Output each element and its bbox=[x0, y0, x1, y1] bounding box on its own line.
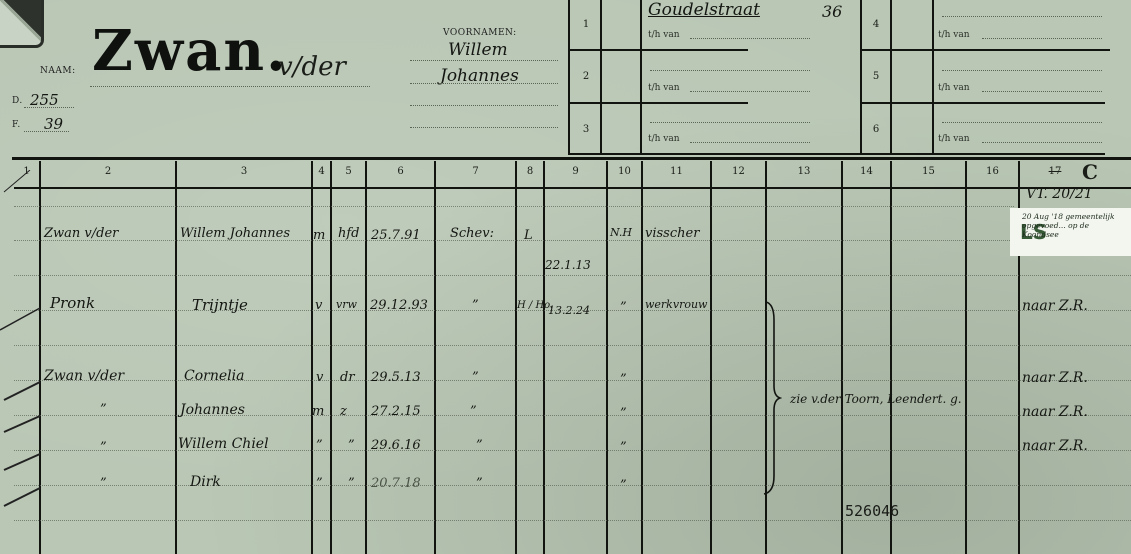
col-sep-10 bbox=[641, 161, 643, 554]
cell-relation: ” bbox=[348, 438, 355, 453]
cell-relation: ” bbox=[348, 476, 355, 491]
cell-birth-date: 29.5.13 bbox=[371, 370, 421, 385]
addr-tvh-6: t/h van bbox=[938, 134, 970, 144]
cell-sex: ” bbox=[316, 476, 323, 491]
colhead-12: 12 bbox=[712, 166, 765, 177]
cell-birth-place: ” bbox=[472, 298, 479, 313]
colhead-6: 6 bbox=[367, 166, 434, 177]
cell-birth-date: 27.2.15 bbox=[371, 404, 421, 419]
voornaam-line-1 bbox=[410, 60, 558, 61]
row-guide bbox=[14, 345, 1131, 346]
register-card: NAAM: Zwan. v/der D. 255 F. 39 VOORNAMEN… bbox=[0, 0, 1131, 554]
col-sep-13 bbox=[841, 161, 843, 554]
col-sep-4 bbox=[330, 161, 332, 554]
cell-sex: v bbox=[316, 370, 323, 385]
col17-mark: C bbox=[1082, 160, 1098, 184]
cell-given-names: Trijntje bbox=[192, 296, 248, 314]
colhead-9: 9 bbox=[545, 166, 606, 177]
addr-line bbox=[650, 70, 810, 71]
row-guide bbox=[14, 520, 1131, 521]
colhead-15: 15 bbox=[892, 166, 965, 177]
d-label: D. bbox=[12, 96, 23, 106]
col-sep-6 bbox=[434, 161, 436, 554]
cell-col9: 13.2.24 bbox=[548, 304, 590, 317]
cell-col9-upper: 22.1.13 bbox=[545, 258, 591, 272]
colhead-13: 13 bbox=[767, 166, 841, 177]
cell-given-names: Johannes bbox=[180, 402, 245, 418]
colhead-3: 3 bbox=[177, 166, 311, 177]
colhead-10: 10 bbox=[608, 166, 641, 177]
cell-occupation: visscher bbox=[645, 226, 699, 241]
cell-birth-date: 25.7.91 bbox=[371, 228, 421, 243]
cell-col17: naar Z.R. bbox=[1022, 298, 1088, 314]
col17-top-note: VT. 20/21 bbox=[1026, 186, 1093, 202]
cell-surname: ” bbox=[100, 476, 107, 491]
cell-birth-place: Schev: bbox=[450, 226, 494, 241]
addr-line bbox=[690, 91, 810, 92]
table-header-border bbox=[14, 187, 1131, 189]
cell-given-names: Cornelia bbox=[184, 368, 244, 384]
addr-divider-d bbox=[932, 0, 934, 155]
cell-birth-date: 29.12.93 bbox=[370, 298, 428, 313]
col-sep-11 bbox=[710, 161, 712, 554]
cell-relation: z bbox=[340, 404, 347, 419]
cell-col17: naar Z.R. bbox=[1022, 370, 1088, 386]
colhead-5: 5 bbox=[332, 166, 365, 177]
addr-num-1: 1 bbox=[578, 19, 594, 30]
addr-bottom-border-2 bbox=[860, 153, 1105, 155]
cell-sex: ” bbox=[316, 438, 323, 453]
col-sep-2 bbox=[175, 161, 177, 554]
cell-occupation: werkvrouw bbox=[645, 298, 707, 311]
margin-strike-marks bbox=[0, 170, 60, 510]
cell-given-names: Willem Chiel bbox=[178, 436, 269, 452]
voornaam-line-2 bbox=[410, 83, 558, 84]
cell-relation: dr bbox=[340, 370, 355, 385]
colhead-11: 11 bbox=[643, 166, 710, 177]
cell-sex: m bbox=[313, 228, 325, 243]
addr-line bbox=[982, 38, 1102, 39]
col-sep-14 bbox=[890, 161, 892, 554]
cell-birth-date: 20.7.18 bbox=[371, 476, 421, 491]
addr-divider-b bbox=[640, 0, 642, 155]
addr-row-sep-2 bbox=[568, 102, 748, 104]
col-sep-3 bbox=[311, 161, 313, 554]
addr-line bbox=[942, 122, 1102, 123]
surname: Zwan. bbox=[92, 18, 288, 84]
addr-line bbox=[650, 122, 810, 123]
cell-birth-place: ” bbox=[476, 438, 483, 453]
col-sep-7 bbox=[515, 161, 517, 554]
colhead-7: 7 bbox=[436, 166, 515, 177]
col-sep-5 bbox=[365, 161, 367, 554]
addr-tvh-2: t/h van bbox=[648, 83, 680, 93]
row-guide bbox=[14, 240, 1014, 241]
voornaam-1: Willem bbox=[448, 40, 508, 60]
voornamen-label: VOORNAMEN: bbox=[443, 28, 517, 38]
voornaam-line-4 bbox=[410, 127, 558, 128]
addr-line bbox=[942, 70, 1102, 71]
cell-sex: m bbox=[312, 404, 324, 419]
brace-note: zie v.der Toorn, Leendert. g. bbox=[790, 392, 962, 406]
cell-surname: ” bbox=[100, 402, 107, 417]
addr-line bbox=[982, 91, 1102, 92]
addr-num-2: 2 bbox=[578, 71, 594, 82]
cell-surname: ” bbox=[100, 440, 107, 455]
cell-relation: vrw bbox=[336, 298, 357, 311]
cell-birth-place: ” bbox=[472, 370, 479, 385]
naam-label: NAAM: bbox=[40, 66, 76, 76]
addr-divider-c bbox=[890, 0, 892, 155]
colhead-16: 16 bbox=[967, 166, 1018, 177]
cell-col17: naar Z.R. bbox=[1022, 438, 1088, 454]
cell-birth-date: 29.6.16 bbox=[371, 438, 421, 453]
cell-birth-place: ” bbox=[470, 404, 477, 419]
addr-tvh-1: t/h van bbox=[648, 30, 680, 40]
addr-line bbox=[690, 38, 810, 39]
col-sep-8 bbox=[543, 161, 545, 554]
voornaam-line-3 bbox=[410, 105, 558, 106]
addr-line bbox=[942, 16, 1102, 17]
cell-sex: v bbox=[315, 298, 322, 313]
cell-religion: ” bbox=[620, 478, 627, 493]
cell-religion: ” bbox=[620, 440, 627, 455]
addr-num-5: 5 bbox=[868, 71, 884, 82]
colhead-2: 2 bbox=[41, 166, 175, 177]
addr-row-sep-1 bbox=[568, 49, 748, 51]
f-label: F. bbox=[12, 120, 21, 130]
d-line bbox=[24, 107, 74, 108]
row-guide bbox=[14, 275, 1131, 276]
archive-number: 526046 bbox=[845, 502, 899, 520]
surname-prefix: v/der bbox=[278, 52, 346, 82]
addr-tvh-4: t/h van bbox=[938, 30, 970, 40]
addr-bottom-border bbox=[568, 153, 863, 155]
cell-col17: naar Z.R. bbox=[1022, 404, 1088, 420]
cell-given-names: Willem Johannes bbox=[180, 226, 290, 241]
cell-religion: ” bbox=[620, 406, 627, 421]
row-guide bbox=[14, 206, 1014, 207]
addr-street-1: Goudelstraat bbox=[648, 0, 760, 20]
addr-tvh-5: t/h van bbox=[938, 83, 970, 93]
cell-birth-place: ” bbox=[476, 476, 483, 491]
col-sep-9 bbox=[606, 161, 608, 554]
addr-tvh-3: t/h van bbox=[648, 134, 680, 144]
folded-corner bbox=[0, 0, 44, 48]
row-guide bbox=[14, 380, 1131, 381]
addr-left-border bbox=[568, 0, 570, 155]
addr-row-sep-4 bbox=[860, 102, 1105, 104]
addr-divider-a bbox=[600, 0, 602, 155]
addr-num-4: 4 bbox=[868, 19, 884, 30]
colhead-8: 8 bbox=[517, 166, 543, 177]
colhead-17-struck: 17 bbox=[1040, 166, 1070, 177]
addr-housenr-1: 36 bbox=[822, 2, 842, 21]
cell-religion: ” bbox=[620, 372, 627, 387]
col-sep-15 bbox=[965, 161, 967, 554]
colhead-4: 4 bbox=[313, 166, 330, 177]
addr-mid-border bbox=[860, 0, 862, 155]
f-line bbox=[24, 131, 69, 132]
addr-line bbox=[690, 142, 810, 143]
cell-given-names: Dirk bbox=[190, 474, 221, 490]
cell-religion: N.H bbox=[610, 226, 632, 239]
colhead-14: 14 bbox=[843, 166, 890, 177]
stamp-text: 20 Aug '18 gemeentelijk opgevoed... op d… bbox=[1022, 212, 1126, 239]
cell-col8: L bbox=[524, 228, 533, 243]
row-guide bbox=[14, 485, 1131, 486]
table-top-border bbox=[12, 157, 1131, 160]
addr-line bbox=[982, 142, 1102, 143]
pasted-note: LS 20 Aug '18 gemeentelijk opgevoed... o… bbox=[1010, 208, 1131, 256]
cell-relation: hfd bbox=[338, 226, 360, 241]
addr-row-sep-3 bbox=[860, 49, 1110, 51]
addr-num-3: 3 bbox=[578, 124, 594, 135]
naam-line bbox=[90, 86, 370, 87]
addr-num-6: 6 bbox=[868, 124, 884, 135]
curly-brace-icon bbox=[762, 300, 782, 496]
cell-religion: ” bbox=[620, 300, 627, 315]
